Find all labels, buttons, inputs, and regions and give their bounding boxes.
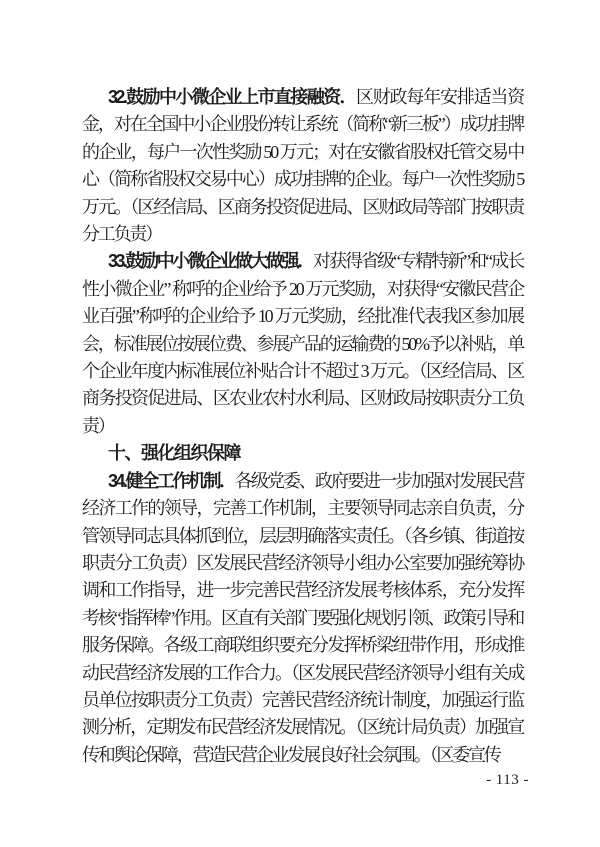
document-page: 32.鼓励中小微企业上市直接融资．区财政每年安排适当资金，对在全国中小企业股份转… (0, 0, 600, 847)
paragraph-34-text: 各级党委、政府要进一步加强对发展民营经济工作的领导，完善工作机制，主要领导同志亲… (82, 471, 523, 765)
document-body: 32.鼓励中小微企业上市直接融资．区财政每年安排适当资金，对在全国中小企业股份转… (82, 84, 523, 769)
paragraph-34-heading: 34.健全工作机制． (108, 471, 235, 491)
paragraph-33-text: 对获得省级“专精特新”和“成长性小微企业” 称呼的企业给予 20 万元奖励，对获… (82, 251, 523, 435)
paragraph-34: 34.健全工作机制．各级党委、政府要进一步加强对发展民营经济工作的领导，完善工作… (82, 468, 523, 769)
section-heading-10: 十、强化组织保障 (82, 440, 523, 467)
paragraph-33: 33.鼓励中小微企业做大做强．对获得省级“专精特新”和“成长性小微企业” 称呼的… (82, 248, 523, 440)
paragraph-33-heading: 33.鼓励中小微企业做大做强． (108, 251, 313, 271)
paragraph-32-heading: 32.鼓励中小微企业上市直接融资． (108, 87, 356, 107)
page-number: - 113 - (486, 772, 529, 789)
paragraph-32-text: 区财政每年安排适当资金，对在全国中小企业股份转让系统（简称“新三板”）成功挂牌的… (82, 87, 523, 244)
paragraph-32: 32.鼓励中小微企业上市直接融资．区财政每年安排适当资金，对在全国中小企业股份转… (82, 84, 523, 248)
